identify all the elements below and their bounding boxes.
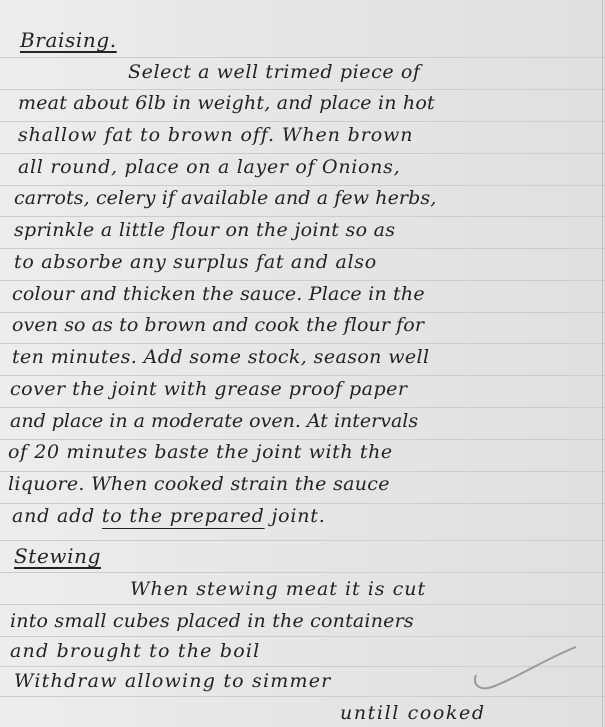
text-line: into small cubes placed in the container… <box>10 612 414 631</box>
text-line: oven so as to brown and cook the flour f… <box>12 316 424 335</box>
text-line: ten minutes. Add some stock, season well <box>12 348 430 367</box>
text-line: to absorbe any surplus fat and also <box>14 253 377 272</box>
ruled-line <box>0 407 605 408</box>
text-line: untill cooked <box>340 704 486 723</box>
text-line: sprinkle a little flour on the joint so … <box>14 221 395 240</box>
text-line: and place in a moderate oven. At interva… <box>10 412 418 431</box>
text-line: and add to the prepared joint. <box>12 507 326 526</box>
page-edge-line <box>602 0 603 727</box>
section-heading-braising: Braising. <box>20 30 117 50</box>
text-line: and brought to the boil <box>10 642 260 661</box>
ruled-line <box>0 89 605 90</box>
ruled-line <box>0 696 605 697</box>
ruled-line <box>0 280 605 281</box>
text-line: all round, place on a layer of Onions, <box>18 158 400 177</box>
ruled-line <box>0 439 605 440</box>
notebook-page: Braising. Select a well trimed piece of … <box>0 0 605 727</box>
ruled-line <box>0 248 605 249</box>
text-line: colour and thicken the sauce. Place in t… <box>12 285 425 304</box>
text-line: liquore. When cooked strain the sauce <box>8 475 390 494</box>
ruled-line <box>0 604 605 605</box>
text-line: cover the joint with grease proof paper <box>10 380 407 399</box>
ruled-line <box>0 503 605 504</box>
ruled-line <box>0 153 605 154</box>
text-line: carrots, celery if available and a few h… <box>14 189 436 208</box>
ruled-line <box>0 540 605 541</box>
ruled-line <box>0 636 605 637</box>
text-line: When stewing meat it is cut <box>130 580 426 599</box>
ruled-line <box>0 185 605 186</box>
text-line: of 20 minutes baste the joint with the <box>8 443 393 462</box>
pencil-checkmark-icon <box>470 645 580 695</box>
ruled-line <box>0 343 605 344</box>
text-line: meat about 6lb in weight, and place in h… <box>18 94 435 113</box>
section-heading-stewing: Stewing <box>14 546 101 566</box>
ruled-line <box>0 471 605 472</box>
text-line: Withdraw allowing to simmer <box>14 672 331 691</box>
underlined-phrase: to the prepared <box>102 505 265 527</box>
ruled-line <box>0 216 605 217</box>
ruled-line <box>0 312 605 313</box>
text-fragment: and add <box>12 505 102 527</box>
ruled-line <box>0 121 605 122</box>
text-fragment: joint. <box>265 505 326 527</box>
text-line: Select a well trimed piece of <box>128 63 421 82</box>
ruled-line <box>0 572 605 573</box>
ruled-line <box>0 375 605 376</box>
ruled-line <box>0 57 605 58</box>
text-line: shallow fat to brown off. When brown <box>18 126 413 145</box>
